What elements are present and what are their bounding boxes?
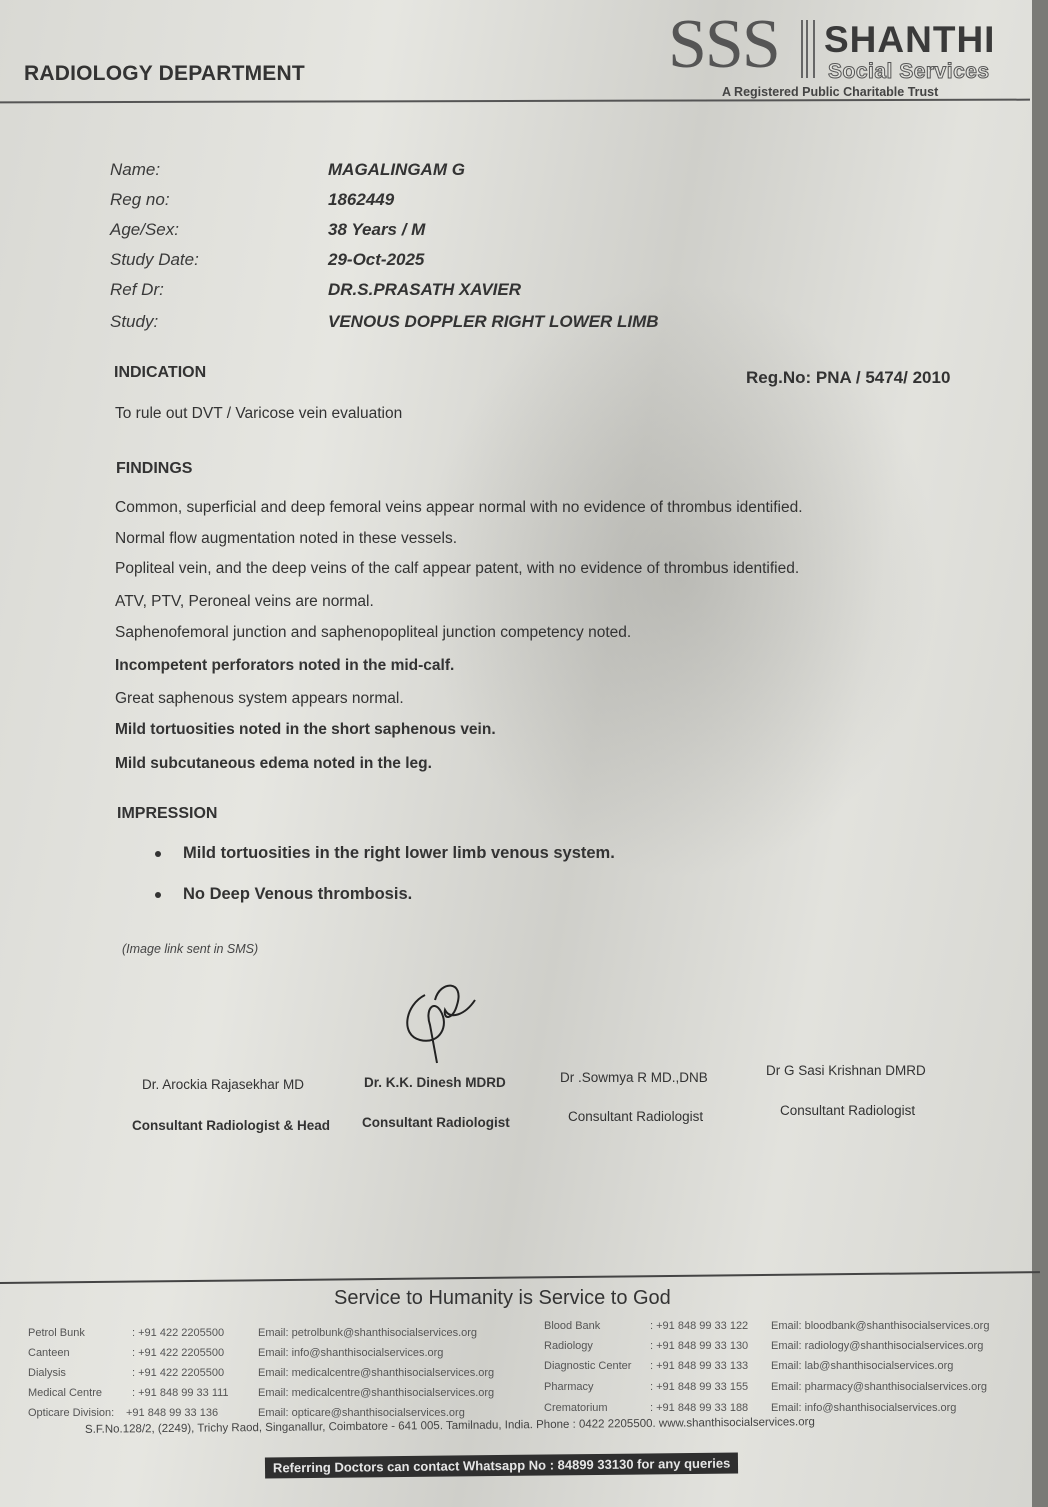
contact-email[interactable]: Email: info@shanthisocialservices.org (771, 1402, 956, 1414)
field-value: VENOUS DOPPLER RIGHT LOWER LIMB (328, 312, 659, 332)
contact-phone: +91 848 99 33 136 (126, 1407, 218, 1419)
contact-email[interactable]: Email: radiology@shanthisocialservices.o… (771, 1340, 983, 1352)
field-label: Age/Sex: (110, 220, 179, 240)
contact-name: Petrol Bunk (28, 1327, 85, 1339)
contact-phone: : +91 848 99 33 130 (650, 1340, 748, 1352)
contact-phone: : +91 422 2205500 (132, 1367, 224, 1379)
contact-phone: : +91 848 99 33 155 (650, 1381, 748, 1393)
contact-name: Canteen (28, 1347, 70, 1359)
sms-note: (Image link sent in SMS) (122, 942, 258, 956)
doctor-title: Consultant Radiologist (780, 1103, 915, 1118)
field-label: Ref Dr: (110, 280, 164, 300)
finding-line: Incompetent perforators noted in the mid… (115, 657, 454, 675)
field-value: MAGALINGAM G (328, 160, 465, 180)
contact-email[interactable]: Email: info@shanthisocialservices.org (258, 1347, 443, 1359)
field-value: 29-Oct-2025 (328, 250, 424, 270)
field-value: 38 Years / M (328, 220, 425, 240)
logo-subname: Social Services (828, 60, 990, 84)
contact-email[interactable]: Email: opticare@shanthisocialservices.or… (258, 1407, 465, 1419)
field-label: Name: (110, 160, 160, 180)
contact-name: Crematorium (544, 1402, 608, 1414)
finding-line: Normal flow augmentation noted in these … (115, 530, 457, 548)
finding-line: Mild subcutaneous edema noted in the leg… (115, 755, 432, 773)
logo-tagline: A Registered Public Charitable Trust (722, 85, 938, 99)
impression-item: Mild tortuosities in the right lower lim… (155, 844, 615, 863)
finding-line: Popliteal vein, and the deep veins of th… (115, 560, 799, 578)
signature-icon (395, 975, 485, 1065)
logo: SSS SHANTHI Social Services A Registered… (668, 8, 1028, 103)
patient-field: Ref Dr: DR.S.PRASATH XAVIER (110, 280, 810, 310)
field-label: Reg no: (110, 190, 170, 210)
indication-heading: INDICATION (114, 364, 206, 382)
patient-field: Age/Sex: 38 Years / M (110, 220, 810, 250)
contact-phone: : +91 422 2205500 (132, 1347, 224, 1359)
contact-name: Pharmacy (544, 1381, 594, 1393)
motto: Service to Humanity is Service to God (334, 1287, 671, 1310)
contact-email[interactable]: Email: medicalcentre@shanthisocialservic… (258, 1367, 494, 1379)
doctor-name: Dr G Sasi Krishnan DMRD (766, 1063, 926, 1078)
bullet-icon (155, 851, 161, 857)
footer-divider (0, 1271, 1040, 1284)
address: S.F.No.128/2, (2249), Trichy Raod, Singa… (85, 1416, 815, 1436)
contact-email[interactable]: Email: petrolbunk@shanthisocialservices.… (258, 1327, 477, 1339)
doctor-title: Consultant Radiologist & Head (132, 1118, 330, 1133)
field-value: 1862449 (328, 190, 394, 210)
logo-bars-icon (801, 20, 815, 78)
contact-phone: : +91 422 2205500 (132, 1327, 224, 1339)
finding-line: Mild tortuosities noted in the short sap… (115, 721, 496, 739)
indication-text: To rule out DVT / Varicose vein evaluati… (115, 405, 402, 423)
registration-number: Reg.No: PNA / 5474/ 2010 (746, 368, 950, 388)
contact-email[interactable]: Email: bloodbank@shanthisocialservices.o… (771, 1320, 989, 1332)
contact-name: Diagnostic Center (544, 1360, 631, 1372)
contact-name: Radiology (544, 1340, 593, 1352)
patient-field: Name: MAGALINGAM G (110, 160, 810, 190)
doctor-name: Dr. K.K. Dinesh MDRD (364, 1075, 506, 1090)
field-label: Study: (110, 312, 158, 332)
finding-line: Saphenofemoral junction and saphenopopli… (115, 624, 631, 642)
contact-name: Dialysis (28, 1367, 66, 1379)
impression-text: Mild tortuosities in the right lower lim… (183, 844, 615, 862)
impression-item: No Deep Venous thrombosis. (155, 885, 412, 904)
contact-email[interactable]: Email: medicalcentre@shanthisocialservic… (258, 1387, 494, 1399)
field-value: DR.S.PRASATH XAVIER (328, 280, 521, 300)
finding-line: Great saphenous system appears normal. (115, 690, 404, 708)
contact-name: Opticare Division: (28, 1407, 114, 1419)
findings-heading: FINDINGS (116, 460, 192, 478)
contact-phone: : +91 848 99 33 122 (650, 1320, 748, 1332)
doctor-name: Dr .Sowmya R MD.,DNB (560, 1070, 708, 1085)
impression-text: No Deep Venous thrombosis. (183, 885, 412, 903)
patient-field: Study: VENOUS DOPPLER RIGHT LOWER LIMB (110, 312, 810, 342)
contact-phone: : +91 848 99 33 111 (132, 1387, 229, 1399)
department-title: RADIOLOGY DEPARTMENT (24, 62, 305, 86)
contact-email[interactable]: Email: pharmacy@shanthisocialservices.or… (771, 1381, 987, 1393)
impression-heading: IMPRESSION (117, 805, 217, 823)
logo-monogram: SSS (668, 8, 779, 82)
logo-name: SHANTHI (824, 20, 995, 60)
contact-phone: : +91 848 99 33 188 (650, 1402, 748, 1414)
whatsapp-banner: Referring Doctors can contact Whatsapp N… (265, 1453, 739, 1479)
finding-line: ATV, PTV, Peroneal veins are normal. (115, 593, 374, 611)
contact-name: Blood Bank (544, 1320, 600, 1332)
bullet-icon (155, 892, 161, 898)
contact-phone: : +91 848 99 33 133 (650, 1360, 748, 1372)
finding-line: Common, superficial and deep femoral vei… (115, 499, 803, 517)
background-edge (1032, 0, 1048, 1507)
contact-name: Medical Centre (28, 1387, 102, 1399)
field-label: Study Date: (110, 250, 199, 270)
doctor-title: Consultant Radiologist (362, 1115, 510, 1130)
patient-field: Study Date: 29-Oct-2025 (110, 250, 810, 280)
contact-email[interactable]: Email: lab@shanthisocialservices.org (771, 1360, 953, 1372)
doctor-title: Consultant Radiologist (568, 1109, 703, 1124)
doctor-name: Dr. Arockia Rajasekhar MD (142, 1077, 304, 1092)
patient-field: Reg no: 1862449 (110, 190, 810, 220)
